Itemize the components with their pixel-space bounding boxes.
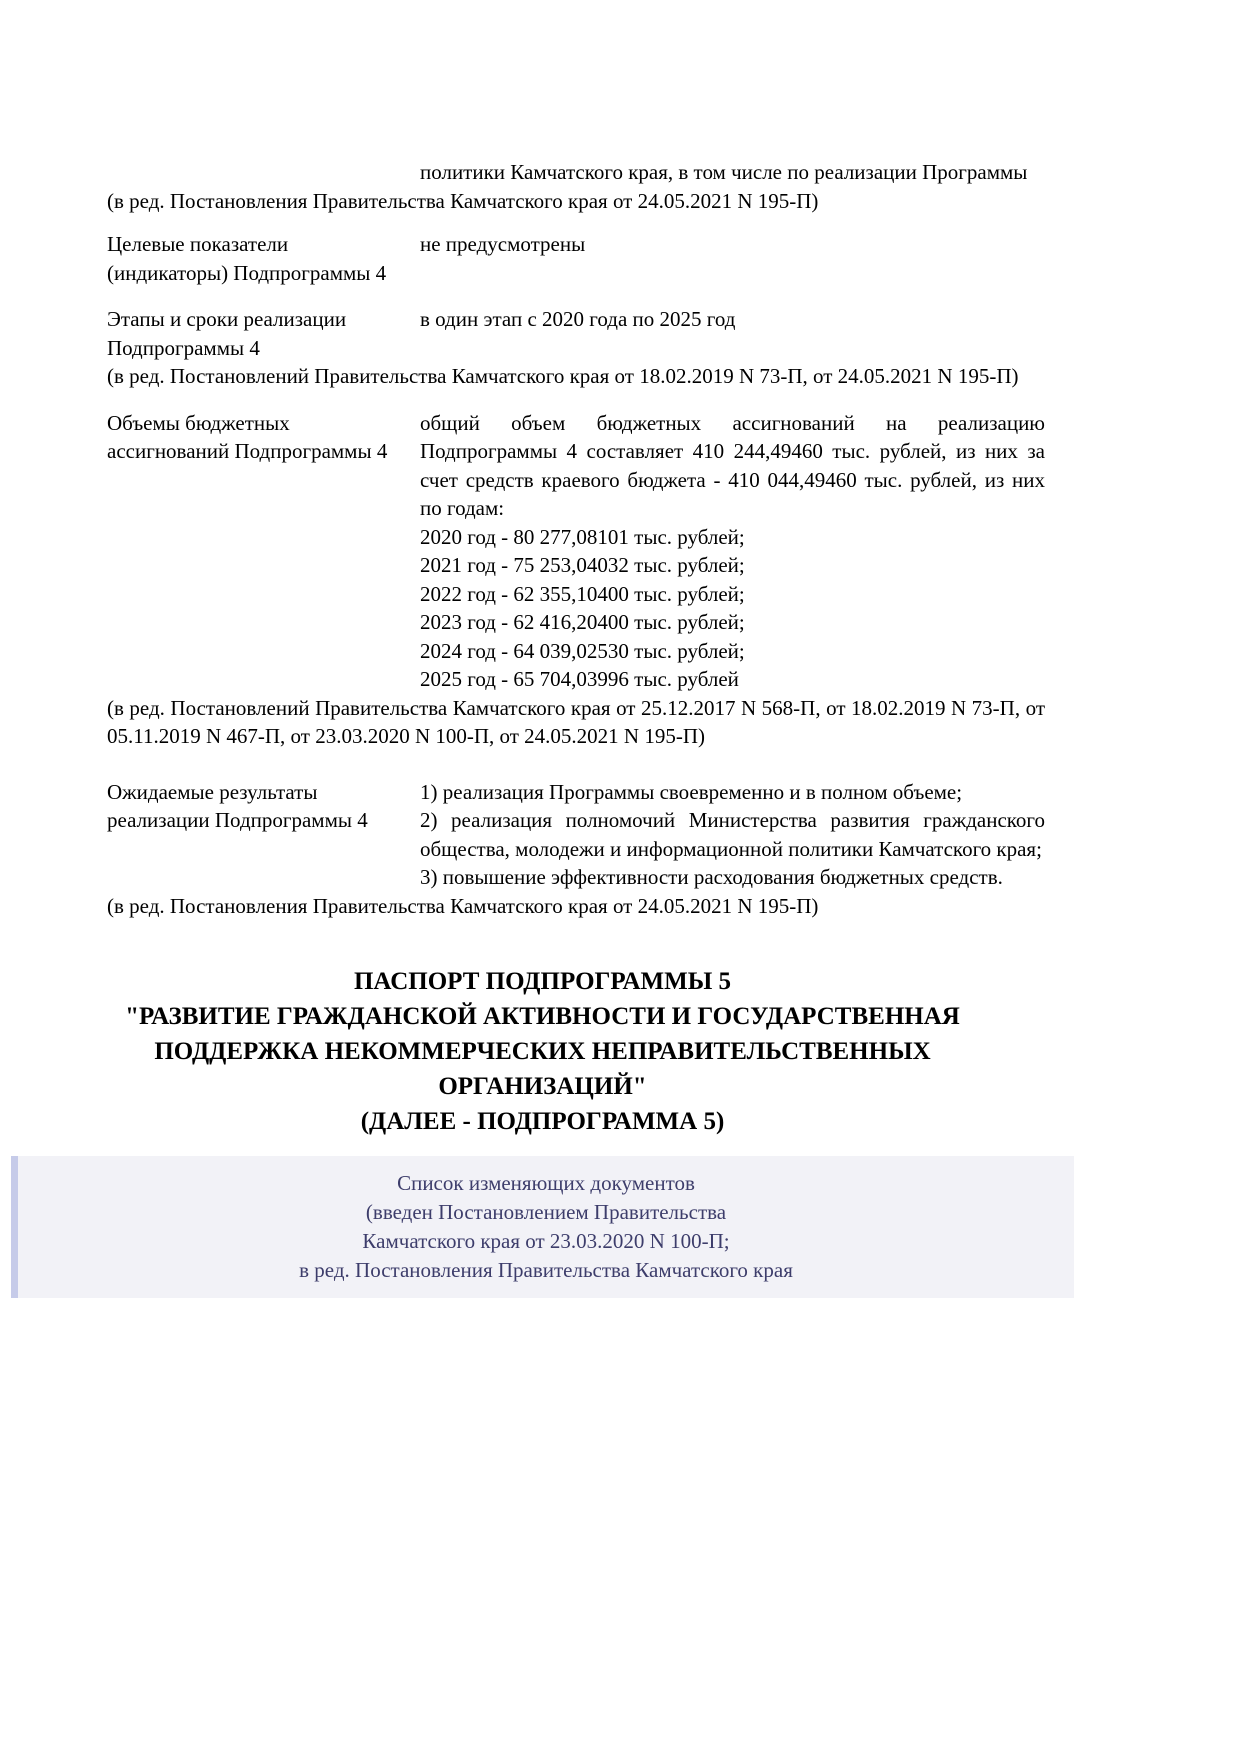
row-stages-terms-value: в один этап с 2020 года по 2025 год (420, 305, 1045, 362)
passport-subprogram5-heading: ПАСПОРТ ПОДПРОГРАММЫ 5 "РАЗВИТИЕ ГРАЖДАН… (11, 964, 1074, 1139)
heading-line: ПОДДЕРЖКА НЕКОММЕРЧЕСКИХ НЕПРАВИТЕЛЬСТВЕ… (11, 1034, 1074, 1069)
row-stages-terms: Этапы и сроки реализации Подпрограммы 4 … (107, 305, 1045, 362)
amendment-note-4: (в ред. Постановления Правительства Камч… (107, 892, 1045, 921)
heading-line: ПАСПОРТ ПОДПРОГРАММЫ 5 (11, 964, 1074, 999)
amending-documents-line: в ред. Постановления Правительства Камча… (38, 1256, 1054, 1285)
result-item: 2) реализация полномочий Министерства ра… (420, 806, 1045, 863)
amending-documents-line: Список изменяющих документов (38, 1169, 1054, 1198)
amendment-note-1: (в ред. Постановления Правительства Камч… (107, 187, 1045, 216)
budget-year-line: 2024 год - 64 039,02530 тыс. рублей; (420, 637, 1045, 666)
amendment-note-3: (в ред. Постановлений Правительства Камч… (107, 694, 1045, 751)
document-page: { "doc": { "continuation": { "value": "п… (0, 0, 1240, 1754)
row-continuation: политики Камчатского края, в том числе п… (107, 158, 1045, 187)
result-item: 3) повышение эффективности расходования … (420, 863, 1045, 892)
budget-year-line: 2025 год - 65 704,03996 тыс. рублей (420, 665, 1045, 694)
row-budget-allocations-value: общий объем бюджетных ассигнований на ре… (420, 409, 1045, 694)
amending-documents-box: Список изменяющих документов (введен Пос… (11, 1156, 1074, 1298)
row-target-indicators-value: не предусмотрены (420, 230, 1045, 287)
row-continuation-label (107, 158, 420, 187)
result-item: 1) реализация Программы своевременно и в… (420, 778, 1045, 807)
budget-year-line: 2022 год - 62 355,10400 тыс. рублей; (420, 580, 1045, 609)
row-expected-results: Ожидаемые результаты реализации Подпрогр… (107, 778, 1045, 892)
amendment-note-2: (в ред. Постановлений Правительства Камч… (107, 362, 1045, 391)
row-target-indicators: Целевые показатели (индикаторы) Подпрогр… (107, 230, 1045, 287)
row-stages-terms-label: Этапы и сроки реализации Подпрограммы 4 (107, 305, 420, 362)
budget-intro: общий объем бюджетных ассигнований на ре… (420, 409, 1045, 523)
amending-documents-line: (введен Постановлением Правительства (38, 1198, 1054, 1227)
row-continuation-value: политики Камчатского края, в том числе п… (420, 158, 1045, 187)
budget-year-line: 2021 год - 75 253,04032 тыс. рублей; (420, 551, 1045, 580)
heading-line: ОРГАНИЗАЦИЙ" (11, 1069, 1074, 1104)
budget-year-line: 2020 год - 80 277,08101 тыс. рублей; (420, 523, 1045, 552)
amending-documents-line: Камчатского края от 23.03.2020 N 100-П; (38, 1227, 1054, 1256)
budget-year-line: 2023 год - 62 416,20400 тыс. рублей; (420, 608, 1045, 637)
row-budget-allocations: Объемы бюджетных ассигнований Подпрограм… (107, 409, 1045, 694)
document-content: политики Камчатского края, в том числе п… (107, 0, 1045, 920)
row-target-indicators-label: Целевые показатели (индикаторы) Подпрогр… (107, 230, 420, 287)
row-expected-results-label: Ожидаемые результаты реализации Подпрогр… (107, 778, 420, 892)
heading-line: "РАЗВИТИЕ ГРАЖДАНСКОЙ АКТИВНОСТИ И ГОСУД… (11, 999, 1074, 1034)
heading-line: (ДАЛЕЕ - ПОДПРОГРАММА 5) (11, 1104, 1074, 1139)
row-budget-allocations-label: Объемы бюджетных ассигнований Подпрограм… (107, 409, 420, 694)
row-expected-results-value: 1) реализация Программы своевременно и в… (420, 778, 1045, 892)
